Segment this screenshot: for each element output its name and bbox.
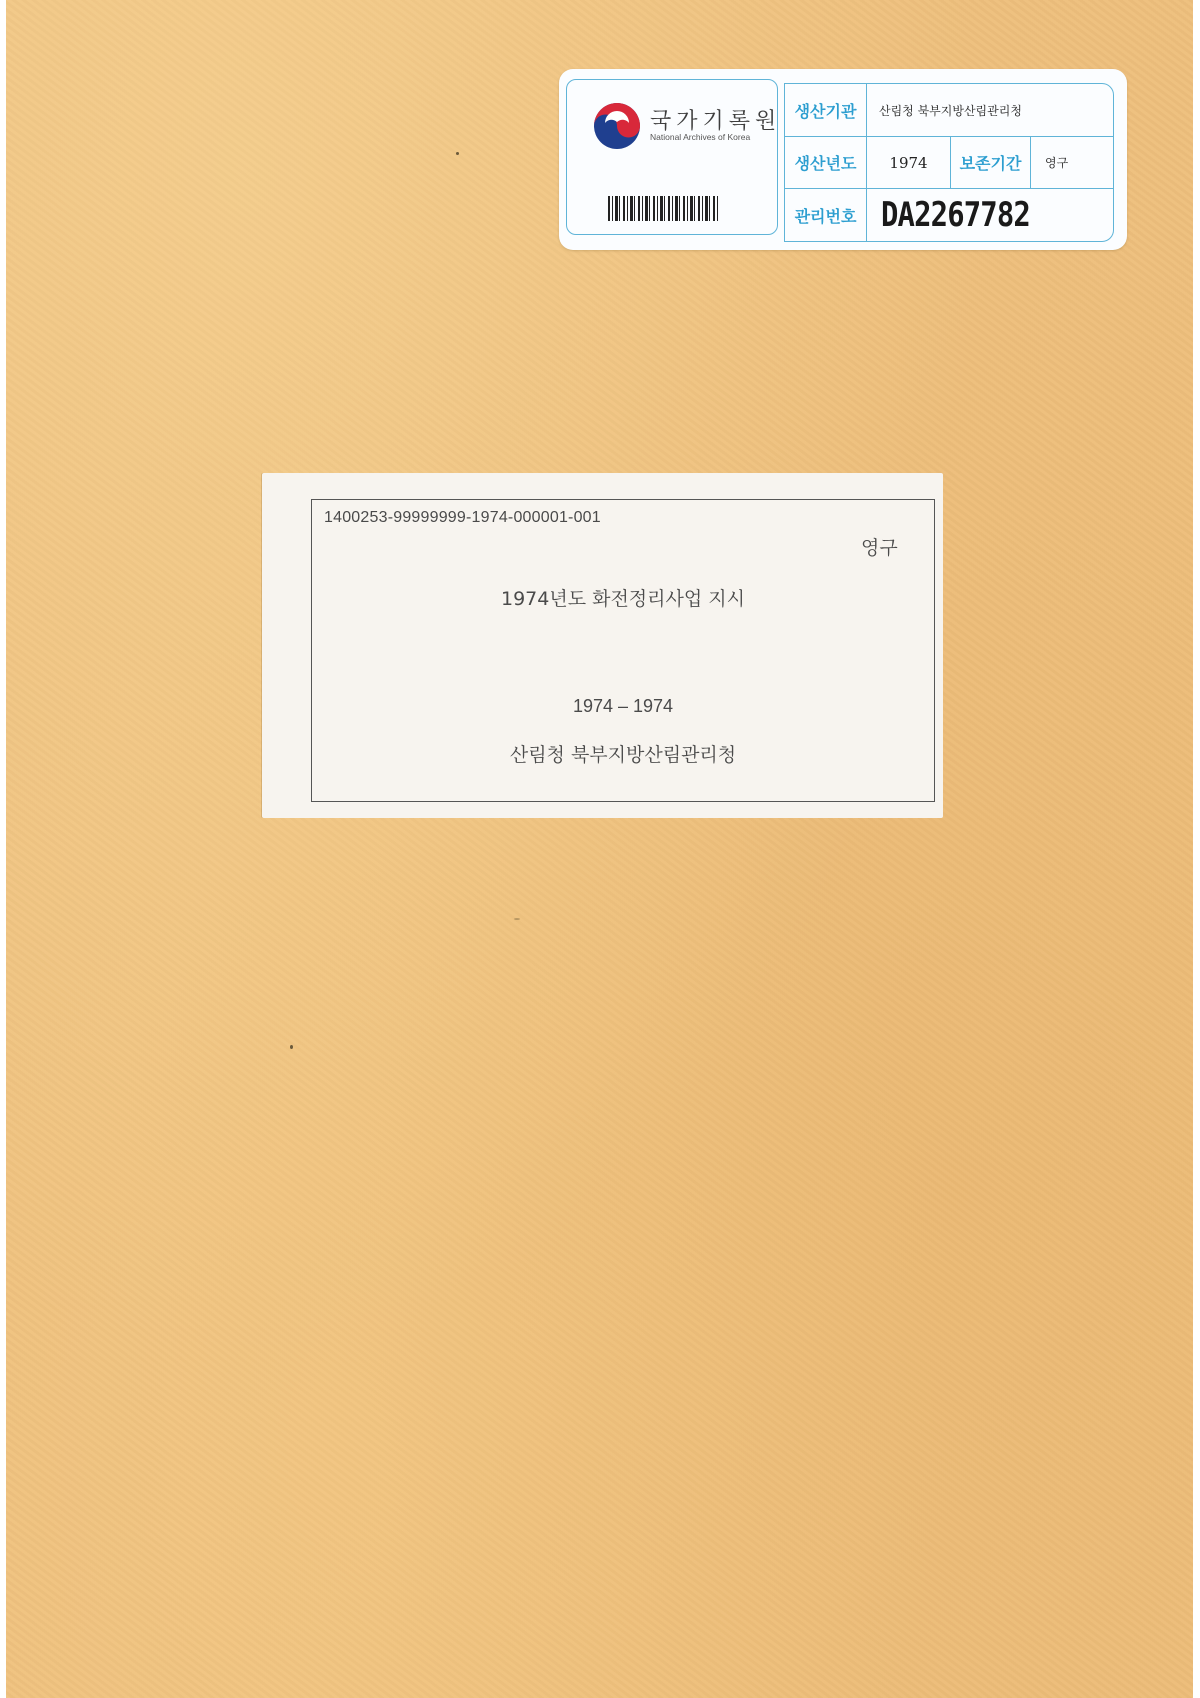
taegeuk-logo-icon — [593, 102, 641, 150]
year-row: 생산년도 1974 보존기간 영구 — [785, 137, 1113, 189]
year-label: 생산년도 — [785, 137, 867, 188]
barcode-icon — [608, 196, 718, 221]
speck-mark — [290, 1045, 293, 1049]
producer-value: 산림청 북부지방산림관리청 — [879, 84, 1022, 136]
speck-mark — [514, 918, 520, 920]
mgmt-number: DA2267782 — [881, 195, 1030, 235]
mgmt-value-wrap: DA2267782 — [881, 189, 1056, 241]
producer-label: 생산기관 — [785, 84, 867, 136]
year-value: 1974 — [867, 137, 951, 188]
mgmt-row: 관리번호 DA2267782 — [785, 189, 1113, 241]
document-title: 1974년도 화전정리사업 지시 — [312, 584, 934, 611]
speck-mark — [456, 152, 459, 155]
date-range: 1974 – 1974 — [312, 696, 934, 717]
agency-panel: 국가기록원 National Archives of Korea — [566, 79, 778, 235]
retention-period: 영구 — [861, 533, 898, 560]
document-label-card: 1400253-99999999-1974-000001-001 영구 1974… — [262, 473, 943, 818]
archive-sticker: 국가기록원 National Archives of Korea 생산기관 산림… — [559, 69, 1127, 250]
agency-name-ko: 국가기록원 — [650, 104, 781, 135]
agency-name-en: National Archives of Korea — [650, 132, 750, 142]
producer-row: 생산기관 산림청 북부지방산림관리청 — [785, 84, 1113, 137]
folder-cover — [6, 0, 1193, 1698]
retention-value: 영구 — [1045, 137, 1068, 188]
card-frame: 1400253-99999999-1974-000001-001 영구 1974… — [311, 499, 935, 802]
record-info-table: 생산기관 산림청 북부지방산림관리청 생산년도 1974 보존기간 영구 관리번… — [784, 83, 1114, 242]
mgmt-label: 관리번호 — [785, 189, 867, 241]
retention-label: 보존기간 — [951, 137, 1031, 188]
document-code: 1400253-99999999-1974-000001-001 — [324, 509, 601, 527]
producing-organization: 산림청 북부지방산림관리청 — [312, 740, 934, 767]
